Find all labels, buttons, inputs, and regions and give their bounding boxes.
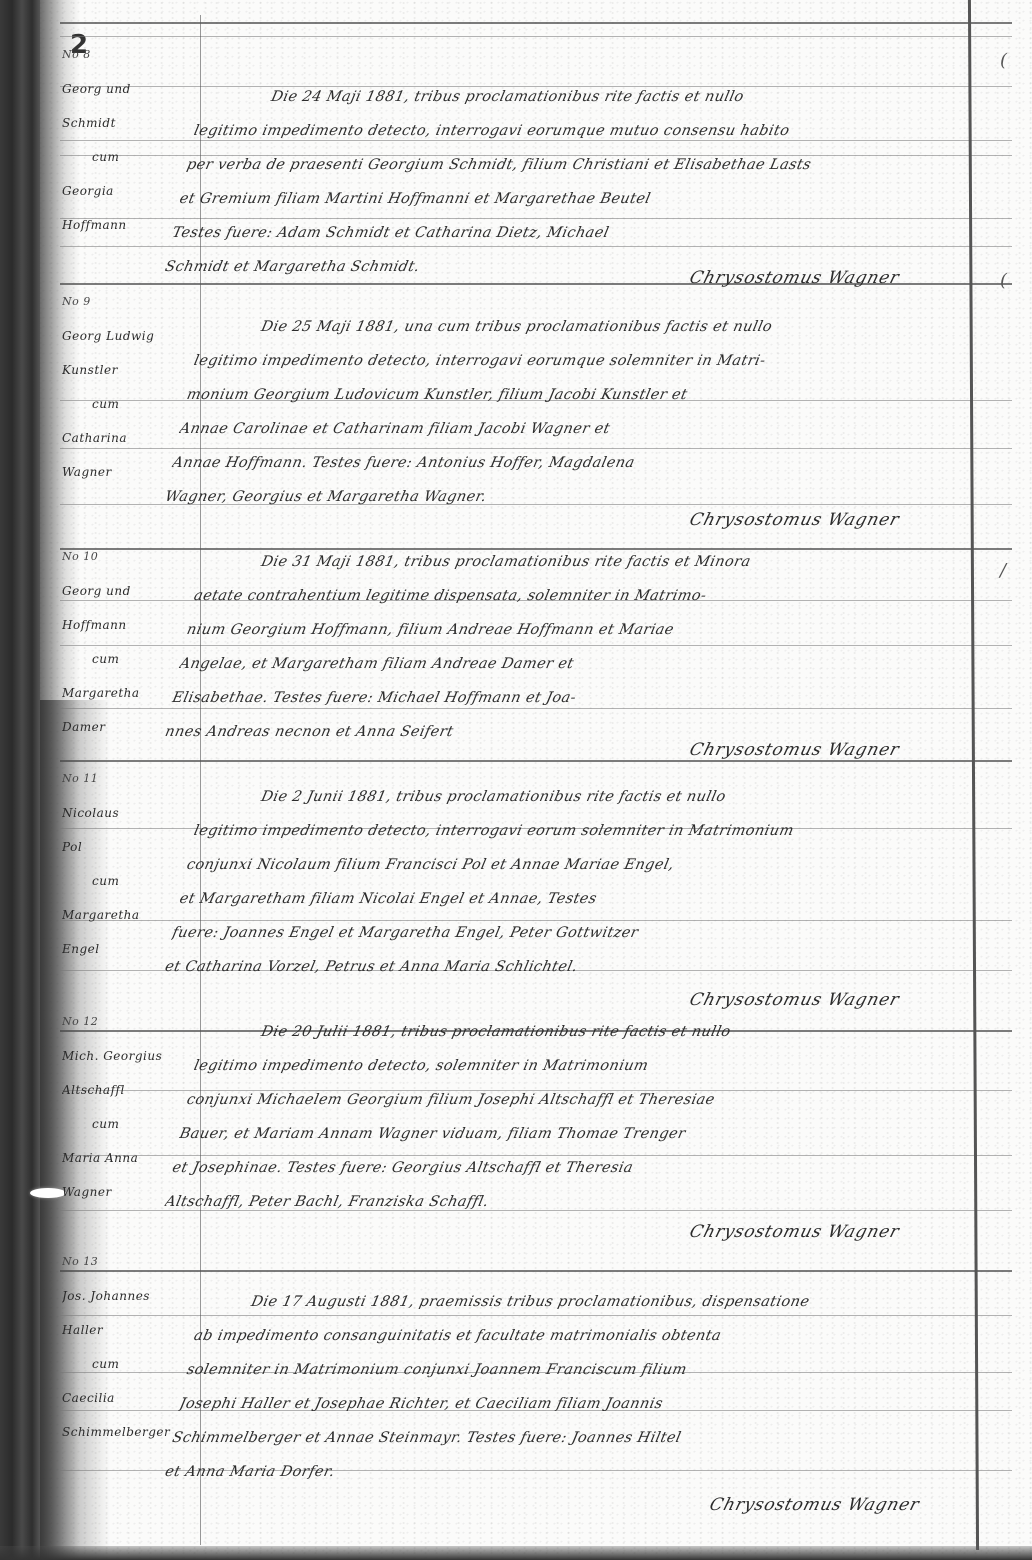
entry-line: Die 24 Maji 1881, tribus proclamationibu… — [198, 80, 967, 114]
entry-line: legitimo impedimento detecto, interrogav… — [191, 814, 960, 848]
entry-text: Die 2 Junii 1881, tribus proclamationibu… — [162, 780, 967, 984]
conjunction: cum — [62, 1347, 200, 1381]
page-bottom-edge — [0, 1546, 1032, 1560]
groom-name: Nicolaus — [62, 796, 200, 830]
entry-line: Bauer, et Mariam Annam Wagner viduam, fi… — [176, 1117, 945, 1151]
ruled-line — [60, 22, 1012, 24]
entry-line: Die 17 Augusti 1881, praemissis tribus p… — [198, 1285, 967, 1319]
groom-surname: Schmidt — [62, 106, 200, 140]
entry-line: conjunxi Michaelem Georgium filium Josep… — [183, 1083, 952, 1117]
officiant-signature: Chrysostomus Wagner — [687, 268, 901, 288]
edge-mark: ( — [1000, 270, 1007, 291]
entry-line: ab impedimento consanguinitatis et facul… — [191, 1319, 960, 1353]
entry-line: et Anna Maria Dorfer. — [162, 1455, 931, 1489]
groom-surname: Altschaffl — [62, 1073, 200, 1107]
entry-line: Josephi Haller et Josephae Richter, et C… — [176, 1387, 945, 1421]
groom-surname: Haller — [62, 1313, 200, 1347]
entry-line: per verba de praesenti Georgium Schmidt,… — [183, 148, 952, 182]
groom-surname: Kunstler — [62, 353, 200, 387]
conjunction: cum — [62, 864, 200, 898]
entry-line: Wagner, Georgius et Margaretha Wagner. — [162, 480, 931, 514]
entry-number: No 12 — [62, 1005, 200, 1039]
entry-line: Schimmelberger et Annae Steinmayr. Teste… — [169, 1421, 938, 1455]
entry-number: No 8 — [62, 38, 200, 72]
right-margin-rule — [968, 0, 979, 1550]
entry-line: Die 25 Maji 1881, una cum tribus proclam… — [198, 310, 967, 344]
register-page: 2 No 8 Georg und Schmidt cum Georgia Hof… — [0, 0, 1032, 1560]
ruled-line — [60, 760, 1012, 762]
groom-name: Georg und — [62, 72, 200, 106]
groom-name: Jos. Johannes — [62, 1279, 200, 1313]
entry-line: Die 2 Junii 1881, tribus proclamationibu… — [198, 780, 967, 814]
entry-text: Die 31 Maji 1881, tribus proclamationibu… — [162, 545, 967, 749]
groom-surname: Pol — [62, 830, 200, 864]
conjunction: cum — [62, 387, 200, 421]
entry-number: No 13 — [62, 1245, 200, 1279]
book-binding — [0, 0, 40, 1560]
entry-line: aetate contrahentium legitime dispensata… — [191, 579, 960, 613]
entry-line: solemniter in Matrimonium conjunxi Joann… — [183, 1353, 952, 1387]
entry-line: et Margaretham filiam Nicolai Engel et A… — [176, 882, 945, 916]
officiant-signature: Chrysostomus Wagner — [687, 740, 901, 760]
punch-hole — [30, 1188, 66, 1198]
entry-line: et Catharina Vorzel, Petrus et Anna Mari… — [162, 950, 931, 984]
groom-surname: Hoffmann — [62, 608, 200, 642]
officiant-signature: Chrysostomus Wagner — [687, 1222, 901, 1242]
entry-line: conjunxi Nicolaum filium Francisci Pol e… — [183, 848, 952, 882]
entry-line: legitimo impedimento detecto, interrogav… — [191, 114, 960, 148]
entry-line: Die 20 Julii 1881, tribus proclamationib… — [198, 1015, 967, 1049]
entry-text: Die 25 Maji 1881, una cum tribus proclam… — [162, 310, 967, 514]
entry-line: monium Georgium Ludovicum Kunstler, fili… — [183, 378, 952, 412]
entry-number: No 9 — [62, 285, 200, 319]
officiant-signature: Chrysostomus Wagner — [687, 510, 901, 530]
entry-text: Die 24 Maji 1881, tribus proclamationibu… — [162, 80, 967, 284]
groom-name: Georg und — [62, 574, 200, 608]
entry-line: Annae Hoffmann. Testes fuere: Antonius H… — [169, 446, 938, 480]
entry-number: No 10 — [62, 540, 200, 574]
entry-line: Altschaffl, Peter Bachl, Franziska Schaf… — [162, 1185, 931, 1219]
entry-number: No 11 — [62, 762, 200, 796]
entry-line: Elisabethae. Testes fuere: Michael Hoffm… — [169, 681, 938, 715]
edge-mark: ( — [1000, 50, 1007, 71]
groom-name: Mich. Georgius — [62, 1039, 200, 1073]
conjunction: cum — [62, 140, 200, 174]
entry-line: et Gremium filiam Martini Hoffmanni et M… — [176, 182, 945, 216]
entry-line: Annae Carolinae et Catharinam filiam Jac… — [176, 412, 945, 446]
entry-line: nium Georgium Hoffmann, filium Andreae H… — [183, 613, 952, 647]
groom-name: Georg Ludwig — [62, 319, 200, 353]
entry-text: Die 20 Julii 1881, tribus proclamationib… — [162, 1015, 967, 1219]
entry-line: Die 31 Maji 1881, tribus proclamationibu… — [198, 545, 967, 579]
ruled-line — [60, 36, 1012, 37]
entry-line: Angelae, et Margaretham filiam Andreae D… — [176, 647, 945, 681]
entry-line: legitimo impedimento detecto, solemniter… — [191, 1049, 960, 1083]
officiant-signature: Chrysostomus Wagner — [687, 990, 901, 1010]
entry-line: legitimo impedimento detecto, interrogav… — [191, 344, 960, 378]
entry-text: Die 17 Augusti 1881, praemissis tribus p… — [162, 1285, 967, 1489]
officiant-signature: Chrysostomus Wagner — [707, 1495, 921, 1515]
edge-mark: / — [1000, 560, 1006, 581]
ruled-line — [60, 1270, 1012, 1272]
entry-line: et Josephinae. Testes fuere: Georgius Al… — [169, 1151, 938, 1185]
entry-line: Testes fuere: Adam Schmidt et Catharina … — [169, 216, 938, 250]
entry-line: fuere: Joannes Engel et Margaretha Engel… — [169, 916, 938, 950]
